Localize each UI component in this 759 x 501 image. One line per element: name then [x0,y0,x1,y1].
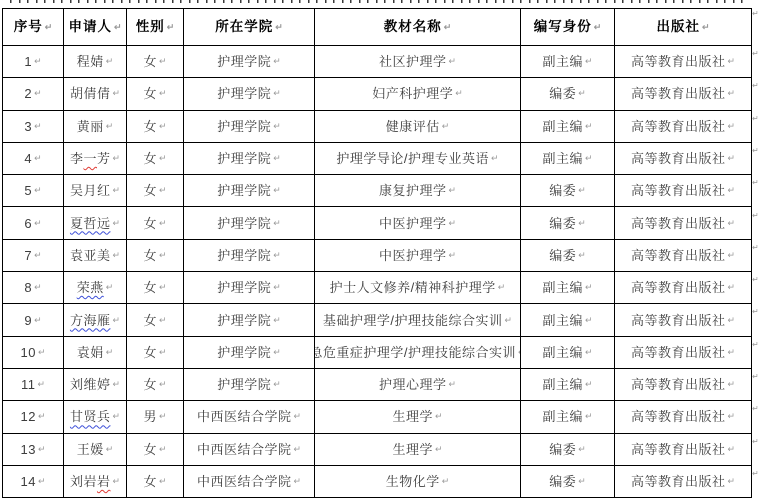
cell-college[interactable]: 护理学院↵ [183,369,314,400]
row-end-mark-icon: ↵ [752,341,759,349]
cell-textbook[interactable]: 生理学↵ [314,434,520,465]
cell-applicant[interactable]: 黄丽↵ [63,111,126,142]
cell-applicant[interactable]: 甘贤兵↵ [63,401,126,432]
cell-college[interactable]: 护理学院↵ [183,304,314,335]
cell-textbook[interactable]: 护理学导论/护理专业英语↵ [314,143,520,174]
cell-role[interactable]: 编委↵ [520,240,614,271]
cell-text: 3 [24,120,32,133]
row-end-mark-icon: ↵ [752,405,759,413]
cell-text: 李 [70,152,84,165]
cell-college[interactable]: 护理学院↵ [183,240,314,271]
paragraph-mark-icon: ↵ [159,412,167,421]
paragraph-mark-icon: ↵ [34,219,42,228]
cell-text: 女 [143,87,157,100]
cell-role[interactable]: 副主编↵ [520,337,614,368]
cell-gender[interactable]: 女↵ [126,240,183,271]
table-row: 10↵ 袁娟↵ 女↵ 护理学院↵ 急危重症护理学/护理技能综合实训↵ 副主编↵ … [3,336,751,368]
paragraph-mark-icon: ↵ [106,348,114,357]
paragraph-mark-icon: ↵ [106,57,114,66]
cell-text: 中医护理学 [379,249,447,262]
cell-text: 吴月红 [70,184,111,197]
cell-college[interactable]: 护理学院↵ [183,272,314,303]
cell-textbook[interactable]: 基础护理学/护理技能综合实训↵ [314,304,520,335]
paragraph-mark-icon: ↵ [585,154,593,163]
cell-text: 刘维婷 [70,378,111,391]
row-end-mark-icon: ↵ [752,82,759,90]
paragraph-mark-icon: ↵ [435,445,443,454]
cell-text: 护理学院 [217,55,271,68]
paragraph-mark-icon: ↵ [585,348,593,357]
cell-college[interactable]: 中西医结合学院↵ [183,466,314,497]
cell-publisher[interactable]: 高等教育出版社↵ [614,175,751,206]
cell-text-spellcheck-red: 一 [83,152,97,165]
paragraph-mark-icon: ↵ [159,380,167,389]
paragraph-mark-icon: ↵ [727,89,735,98]
row-end-mark-icon: ↵ [752,373,759,381]
paragraph-mark-icon: ↵ [578,251,586,260]
cell-text: 申请人 [68,20,112,34]
cell-seq[interactable]: 7↵ [3,240,63,271]
cell-gender[interactable]: 女↵ [126,143,183,174]
paragraph-mark-icon: ↵ [275,23,283,32]
cell-publisher[interactable]: 高等教育出版社↵ [614,304,751,335]
cell-text: 中西医结合学院 [197,410,292,423]
cell-text: 护理学院 [217,87,271,100]
paragraph-mark-icon: ↵ [273,251,281,260]
cell-text: 高等教育出版社 [631,184,726,197]
paragraph-mark-icon: ↵ [273,186,281,195]
row-end-mark-icon: ↵ [752,50,759,58]
document-page: { "document": { "paragraph_mark": "↵", "… [0,0,759,501]
cell-text: 高等教育出版社 [631,152,726,165]
paragraph-mark-icon: ↵ [594,23,602,32]
paragraph-mark-icon: ↵ [727,154,735,163]
cell-publisher[interactable]: 高等教育出版社↵ [614,207,751,238]
cell-role[interactable]: 副主编↵ [520,111,614,142]
cell-role[interactable]: 编委↵ [520,175,614,206]
cell-text: 急危重症护理学/护理技能综合实训 [314,346,516,359]
paragraph-mark-icon: ↵ [442,122,450,131]
paragraph-mark-icon: ↵ [585,283,593,292]
cell-college[interactable]: 中西医结合学院↵ [183,401,314,432]
cell-seq[interactable]: 6↵ [3,207,63,238]
header-cell-applicant[interactable]: 申请人↵ [63,9,126,45]
cell-text: 序号 [14,20,43,34]
paragraph-mark-icon: ↵ [727,251,735,260]
cell-seq[interactable]: 4↵ [3,143,63,174]
paragraph-mark-icon: ↵ [159,219,167,228]
cell-role[interactable]: 编委↵ [520,207,614,238]
cell-text: 副主编 [542,378,583,391]
header-cell-college[interactable]: 所在学院↵ [183,9,314,45]
cell-publisher[interactable]: 高等教育出版社↵ [614,466,751,497]
paragraph-mark-icon: ↵ [167,23,175,32]
cell-text: 编委 [549,87,576,100]
cell-college[interactable]: 护理学院↵ [183,46,314,77]
cell-textbook[interactable]: 中医护理学↵ [314,240,520,271]
cell-text: 10 [20,346,35,359]
cell-publisher[interactable]: 高等教育出版社↵ [614,240,751,271]
cell-role[interactable]: 编委↵ [520,434,614,465]
paragraph-mark-icon: ↵ [112,477,120,486]
cell-text: 副主编 [542,152,583,165]
paragraph-mark-icon: ↵ [34,154,42,163]
cell-publisher[interactable]: 高等教育出版社↵ [614,143,751,174]
cell-role[interactable]: 副主编↵ [520,272,614,303]
paragraph-mark-icon: ↵ [34,89,42,98]
cell-text-spellcheck-blue: 夏哲远 [70,217,111,230]
cell-role[interactable]: 副主编↵ [520,304,614,335]
paragraph-mark-icon: ↵ [273,348,281,357]
cell-text: 9 [24,314,32,327]
cell-text: 生理学 [392,443,433,456]
cell-gender[interactable]: 女↵ [126,369,183,400]
cell-textbook[interactable]: 中医护理学↵ [314,207,520,238]
cell-text: 女 [143,314,157,327]
cell-text: 中西医结合学院 [197,475,292,488]
paragraph-mark-icon: ↵ [159,348,167,357]
cell-seq[interactable]: 2↵ [3,78,63,109]
header-cell-seq[interactable]: 序号↵ [3,9,63,45]
paragraph-mark-icon: ↵ [578,445,586,454]
cell-text: 女 [143,346,157,359]
cell-seq[interactable]: 14↵ [3,466,63,497]
cell-seq[interactable]: 8↵ [3,272,63,303]
row-end-mark-icon: ↵ [752,470,759,478]
paragraph-mark-icon: ↵ [727,445,735,454]
cell-gender[interactable]: 女↵ [126,46,183,77]
paragraph-mark-icon: ↵ [442,477,450,486]
cell-text: 2 [24,87,32,100]
paragraph-mark-icon: ↵ [444,23,452,32]
cell-seq[interactable]: 13↵ [3,434,63,465]
cell-role[interactable]: 副主编↵ [520,46,614,77]
cell-seq[interactable]: 3↵ [3,111,63,142]
cell-text: 女 [143,443,157,456]
cell-textbook[interactable]: 康复护理学↵ [314,175,520,206]
paragraph-mark-icon: ↵ [727,219,735,228]
cell-text: 高等教育出版社 [631,281,726,294]
cell-role[interactable]: 副主编↵ [520,401,614,432]
paragraph-mark-icon: ↵ [112,251,120,260]
paragraph-mark-icon: ↵ [159,186,167,195]
row-end-mark-icon: ↵ [752,115,759,123]
table-row: 12↵ 甘贤兵↵ 男↵ 中西医结合学院↵ 生理学↵ 副主编↵ 高等教育出版社↵ [3,400,751,432]
cell-text: 女 [143,120,157,133]
paragraph-mark-icon: ↵ [448,186,456,195]
paragraph-mark-icon: ↵ [727,380,735,389]
cell-textbook[interactable]: 急危重症护理学/护理技能综合实训↵ [314,337,520,368]
paragraph-mark-icon: ↵ [435,412,443,421]
paragraph-mark-icon: ↵ [273,380,281,389]
paragraph-mark-icon: ↵ [578,186,586,195]
cell-applicant[interactable]: 程婧↵ [63,46,126,77]
cell-role[interactable]: 副主编↵ [520,369,614,400]
cell-applicant[interactable]: 王媛↵ [63,434,126,465]
paragraph-mark-icon: ↵ [112,186,120,195]
cell-text: 编委 [549,184,576,197]
paragraph-mark-icon: ↵ [37,380,45,389]
cell-text: 护理学院 [217,314,271,327]
cell-publisher[interactable]: 高等教育出版社↵ [614,434,751,465]
cell-applicant[interactable]: 吴月红↵ [63,175,126,206]
cell-text: 高等教育出版社 [631,346,726,359]
cell-text: 编委 [549,217,576,230]
cell-gender[interactable]: 女↵ [126,111,183,142]
cell-college[interactable]: 护理学院↵ [183,143,314,174]
paragraph-mark-icon: ↵ [38,348,46,357]
cell-text: 6 [24,217,32,230]
cell-applicant[interactable]: 夏哲远↵ [63,207,126,238]
paragraph-mark-icon: ↵ [727,57,735,66]
table-row: 3↵ 黄丽↵ 女↵ 护理学院↵ 健康评估↵ 副主编↵ 高等教育出版社↵ [3,110,751,142]
cell-text: 护理学院 [217,184,271,197]
paragraph-mark-icon: ↵ [727,122,735,131]
cell-text: 4 [24,152,32,165]
cell-publisher[interactable]: 高等教育出版社↵ [614,272,751,303]
paragraph-mark-icon: ↵ [585,380,593,389]
cell-gender[interactable]: 女↵ [126,272,183,303]
cell-publisher[interactable]: 高等教育出版社↵ [614,369,751,400]
row-end-mark-icon: ↵ [752,276,759,284]
cell-seq[interactable]: 11↵ [3,369,63,400]
cell-text: 袁亚美 [70,249,111,262]
cell-applicant[interactable]: 袁亚美↵ [63,240,126,271]
cell-text: 社区护理学 [379,55,447,68]
cell-text: 生理学 [392,410,433,423]
cell-applicant[interactable]: 刘岩岩↵ [63,466,126,497]
cell-text: 编委 [549,443,576,456]
cell-college[interactable]: 护理学院↵ [183,175,314,206]
paragraph-mark-icon: ↵ [112,316,120,325]
paragraph-mark-icon: ↵ [727,283,735,292]
cell-text: 性别 [136,20,165,34]
paragraph-mark-icon: ↵ [491,154,499,163]
row-end-mark-icon: ↵ [752,10,759,18]
cell-seq[interactable]: 12↵ [3,401,63,432]
cell-text: 14 [20,475,35,488]
table-row: 13↵ 王媛↵ 女↵ 中西医结合学院↵ 生理学↵ 编委↵ 高等教育出版社↵ [3,433,751,465]
cell-text: 副主编 [542,314,583,327]
paragraph-mark-icon: ↵ [273,57,281,66]
cell-text: 8 [24,281,32,294]
cell-text: 男 [143,410,157,423]
cell-text: 高等教育出版社 [631,249,726,262]
cell-applicant[interactable]: 荣燕↵ [63,272,126,303]
cell-text: 1 [24,55,32,68]
cell-publisher[interactable]: 高等教育出版社↵ [614,46,751,77]
paragraph-mark-icon: ↵ [159,154,167,163]
paragraph-mark-icon: ↵ [273,283,281,292]
paragraph-mark-icon: ↵ [113,154,121,163]
row-end-mark-icon: ↵ [752,438,759,446]
cell-gender[interactable]: 女↵ [126,434,183,465]
paragraph-mark-icon: ↵ [38,445,46,454]
cell-seq[interactable]: 5↵ [3,175,63,206]
cell-text: 护理学院 [217,152,271,165]
paragraph-mark-icon: ↵ [505,316,513,325]
paragraph-mark-icon: ↵ [106,122,114,131]
cell-textbook[interactable]: 健康评估↵ [314,111,520,142]
cell-text: 女 [143,55,157,68]
cell-text: 护理学院 [217,378,271,391]
paragraph-mark-icon: ↵ [727,186,735,195]
paragraph-mark-icon: ↵ [727,412,735,421]
paragraph-mark-icon: ↵ [112,219,120,228]
cell-text: 副主编 [542,55,583,68]
cell-college[interactable]: 护理学院↵ [183,111,314,142]
paragraph-mark-icon: ↵ [106,283,114,292]
row-end-mark-icon: ↵ [752,244,759,252]
cell-text: 女 [143,281,157,294]
cell-publisher[interactable]: 高等教育出版社↵ [614,401,751,432]
cell-gender[interactable]: 男↵ [126,401,183,432]
cell-text: 副主编 [542,410,583,423]
cell-gender[interactable]: 女↵ [126,337,183,368]
paragraph-mark-icon: ↵ [159,122,167,131]
cell-text-spellcheck-blue: 荣燕 [77,281,104,294]
cell-gender[interactable]: 女↵ [126,175,183,206]
cell-text: 刘岩 [70,475,97,488]
cell-applicant[interactable]: 袁娟↵ [63,337,126,368]
paragraph-mark-icon: ↵ [34,57,42,66]
table-row: 5↵ 吴月红↵ 女↵ 护理学院↵ 康复护理学↵ 编委↵ 高等教育出版社↵ [3,174,751,206]
paragraph-mark-icon: ↵ [448,57,456,66]
paragraph-mark-icon: ↵ [727,348,735,357]
cell-gender[interactable]: 女↵ [126,207,183,238]
cell-applicant[interactable]: 刘维婷↵ [63,369,126,400]
cell-college[interactable]: 护理学院↵ [183,207,314,238]
paragraph-mark-icon: ↵ [34,283,42,292]
cell-text: 13 [20,443,35,456]
table-row: 14↵ 刘岩岩↵ 女↵ 中西医结合学院↵ 生物化学↵ 编委↵ 高等教育出版社↵ [3,465,751,497]
paragraph-mark-icon: ↵ [455,89,463,98]
paragraph-mark-icon: ↵ [34,186,42,195]
applicants-table: 序号↵申请人↵性别↵所在学院↵教材名称↵编写身份↵出版社↵ 1↵ 程婧↵ 女↵ … [2,8,752,498]
paragraph-mark-icon: ↵ [448,251,456,260]
row-end-mark-icon: ↵ [752,212,759,220]
paragraph-mark-icon: ↵ [578,219,586,228]
paragraph-mark-icon: ↵ [578,89,586,98]
paragraph-mark-icon: ↵ [578,477,586,486]
table-row: 4↵ 李一芳↵ 女↵ 护理学院↵ 护理学导论/护理专业英语↵ 副主编↵ 高等教育… [3,142,751,174]
paragraph-mark-icon: ↵ [114,23,122,32]
table-row: 8↵ 荣燕↵ 女↵ 护理学院↵ 护士人文修养/精神科护理学↵ 副主编↵ 高等教育… [3,271,751,303]
cell-text: 妇产科护理学 [372,87,453,100]
cell-text-spellcheck-red: 岩 [97,475,111,488]
cell-text: 高等教育出版社 [631,55,726,68]
cell-text: 所在学院 [215,20,273,34]
cell-role[interactable]: 副主编↵ [520,143,614,174]
cell-text: 健康评估 [386,120,440,133]
paragraph-mark-icon: ↵ [38,412,46,421]
cell-publisher[interactable]: 高等教育出版社↵ [614,337,751,368]
cell-text: 高等教育出版社 [631,217,726,230]
paragraph-mark-icon: ↵ [159,57,167,66]
cell-gender[interactable]: 女↵ [126,78,183,109]
paragraph-mark-icon: ↵ [498,283,506,292]
paragraph-mark-icon: ↵ [159,316,167,325]
paragraph-mark-icon: ↵ [34,316,42,325]
cell-text-spellcheck-blue: 方海雁 [70,314,111,327]
paragraph-mark-icon: ↵ [727,477,735,486]
cell-text: 11 [21,378,36,391]
cell-text: 12 [20,410,35,423]
cell-text: 编写身份 [534,20,592,34]
cell-text: 护理学导论/护理专业英语 [336,152,489,165]
cell-role[interactable]: 编委↵ [520,466,614,497]
cell-applicant[interactable]: 李一芳↵ [63,143,126,174]
cell-textbook[interactable]: 护士人文修养/精神科护理学↵ [314,272,520,303]
cell-text: 基础护理学/护理技能综合实训 [323,314,503,327]
cell-gender[interactable]: 女↵ [126,466,183,497]
header-cell-gender[interactable]: 性别↵ [126,9,183,45]
cell-college[interactable]: 中西医结合学院↵ [183,434,314,465]
cell-college[interactable]: 护理学院↵ [183,78,314,109]
paragraph-mark-icon: ↵ [293,477,301,486]
cell-textbook[interactable]: 护理心理学↵ [314,369,520,400]
paragraph-mark-icon: ↵ [106,445,114,454]
cell-publisher[interactable]: 高等教育出版社↵ [614,111,751,142]
paragraph-mark-icon: ↵ [273,219,281,228]
cell-text: 高等教育出版社 [631,120,726,133]
cell-publisher[interactable]: 高等教育出版社↵ [614,78,751,109]
paragraph-mark-icon: ↵ [34,251,42,260]
header-cell-role[interactable]: 编写身份↵ [520,9,614,45]
cell-text: 副主编 [542,346,583,359]
cell-textbook[interactable]: 生物化学↵ [314,466,520,497]
header-cell-publisher[interactable]: 出版社↵ [614,9,751,45]
paragraph-mark-icon: ↵ [727,316,735,325]
header-cell-textbook[interactable]: 教材名称↵ [314,9,520,45]
cell-text: 护理学院 [217,281,271,294]
cell-text: 护理学院 [217,217,271,230]
paragraph-mark-icon: ↵ [159,283,167,292]
cell-text: 中医护理学 [379,217,447,230]
cell-text: 副主编 [542,281,583,294]
paragraph-mark-icon: ↵ [273,154,281,163]
cell-text: 护理心理学 [379,378,447,391]
row-end-mark-icon: ↵ [752,179,759,187]
cell-seq[interactable]: 1↵ [3,46,63,77]
cell-textbook[interactable]: 妇产科护理学↵ [314,78,520,109]
table-header-row: 序号↵申请人↵性别↵所在学院↵教材名称↵编写身份↵出版社↵ [3,9,751,45]
cell-text: 高等教育出版社 [631,314,726,327]
cell-text: 高等教育出版社 [631,410,726,423]
cell-text: 女 [143,249,157,262]
cell-textbook[interactable]: 社区护理学↵ [314,46,520,77]
cell-applicant[interactable]: 方海雁↵ [63,304,126,335]
cell-text: 高等教育出版社 [631,378,726,391]
cell-gender[interactable]: 女↵ [126,304,183,335]
cell-college[interactable]: 护理学院↵ [183,337,314,368]
paragraph-mark-icon: ↵ [273,122,281,131]
cell-text: 黄丽 [77,120,104,133]
cell-text: 程婧 [77,55,104,68]
paragraph-mark-icon: ↵ [159,89,167,98]
cell-text: 袁娟 [77,346,104,359]
cell-text: 出版社 [656,20,700,34]
cell-applicant[interactable]: 胡倩倩↵ [63,78,126,109]
table-row: 1↵ 程婧↵ 女↵ 护理学院↵ 社区护理学↵ 副主编↵ 高等教育出版社↵ [3,45,751,77]
paragraph-mark-icon: ↵ [34,122,42,131]
paragraph-mark-icon: ↵ [273,316,281,325]
cell-textbook[interactable]: 生理学↵ [314,401,520,432]
cell-role[interactable]: 编委↵ [520,78,614,109]
cell-seq[interactable]: 9↵ [3,304,63,335]
cell-seq[interactable]: 10↵ [3,337,63,368]
cell-text: 芳 [97,152,111,165]
